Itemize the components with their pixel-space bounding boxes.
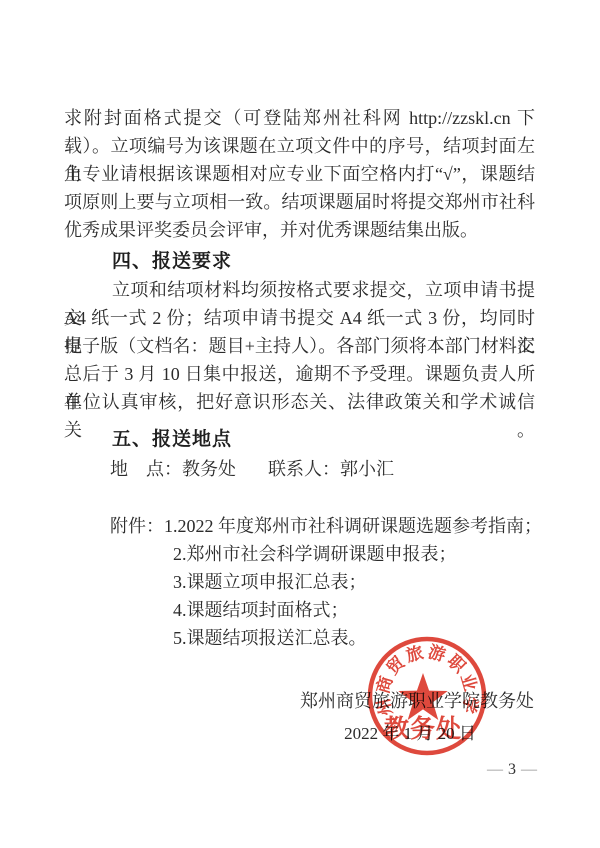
location-contact-line: 地 点：教务处联系人：郭小汇 xyxy=(110,455,581,483)
official-seal: 郑州商贸旅游职业学院 教务处 xyxy=(356,625,498,767)
body-line: 电子版（文档名：题目+主持人）。各部门须将本部门材料汇 xyxy=(64,332,535,360)
contact-value: 郭小汇 xyxy=(340,459,394,479)
body-line: 单位认真审核，把好意识形态关、法律政策关和学术诚信关。 xyxy=(64,388,535,416)
page-number-dash: — xyxy=(487,761,503,778)
page-number: —3— xyxy=(452,756,572,784)
document-page: 求附封面格式提交（可登陆郑州社科网 http://zzskl.cn 下 载）。立… xyxy=(0,0,600,848)
page-number-value: 3 xyxy=(508,761,516,778)
location-value: 教务处 xyxy=(182,459,236,479)
attachments-line: 附件：1.2022 年度郑州市社科调研课题选题参考指南； xyxy=(110,512,581,540)
body-line: 项原则上要与立项相一致。结项课题届时将提交郑州市社科 xyxy=(64,188,535,216)
attachment-item: 1.2022 年度郑州市社科调研课题选题参考指南； xyxy=(164,516,542,536)
contact-label: 联系人： xyxy=(268,459,340,479)
section-4-heading: 四、报送要求 xyxy=(112,248,412,276)
attachment-item: 2.郑州市社会科学调研课题申报表； xyxy=(173,540,600,568)
page-number-dash: — xyxy=(521,761,537,778)
attachments-label: 附件： xyxy=(110,516,164,536)
attachment-item: 4.课题结项封面格式； xyxy=(173,596,600,624)
body-line: 立项和结项材料均须按格式要求提交，立项申请书提交 xyxy=(64,276,535,304)
body-line: 载）。立项编号为该课题在立项文件中的序号，结项封面左上 xyxy=(64,132,535,160)
seal-center-label: 教务处 xyxy=(384,714,462,743)
body-line: 总后于 3 月 10 日集中报送，逾期不予受理。课题负责人所在 xyxy=(64,360,535,388)
body-line: A4 纸一式 2 份；结项申请书提交 A4 纸一式 3 份，均同时提交 xyxy=(64,304,535,332)
body-line: 求附封面格式提交（可登陆郑州社科网 http://zzskl.cn 下 xyxy=(64,104,535,132)
section-5-heading: 五、报送地点 xyxy=(112,426,412,454)
body-line: 优秀成果评奖委员会评审，并对优秀课题结集出版。 xyxy=(64,216,535,244)
attachment-item: 3.课题立项申报汇总表； xyxy=(173,568,600,596)
seal-star-icon xyxy=(398,673,447,720)
body-line: 角专业请根据该课题相对应专业下面空格内打“√”，课题结 xyxy=(64,160,535,188)
location-label: 地 点： xyxy=(110,459,182,479)
